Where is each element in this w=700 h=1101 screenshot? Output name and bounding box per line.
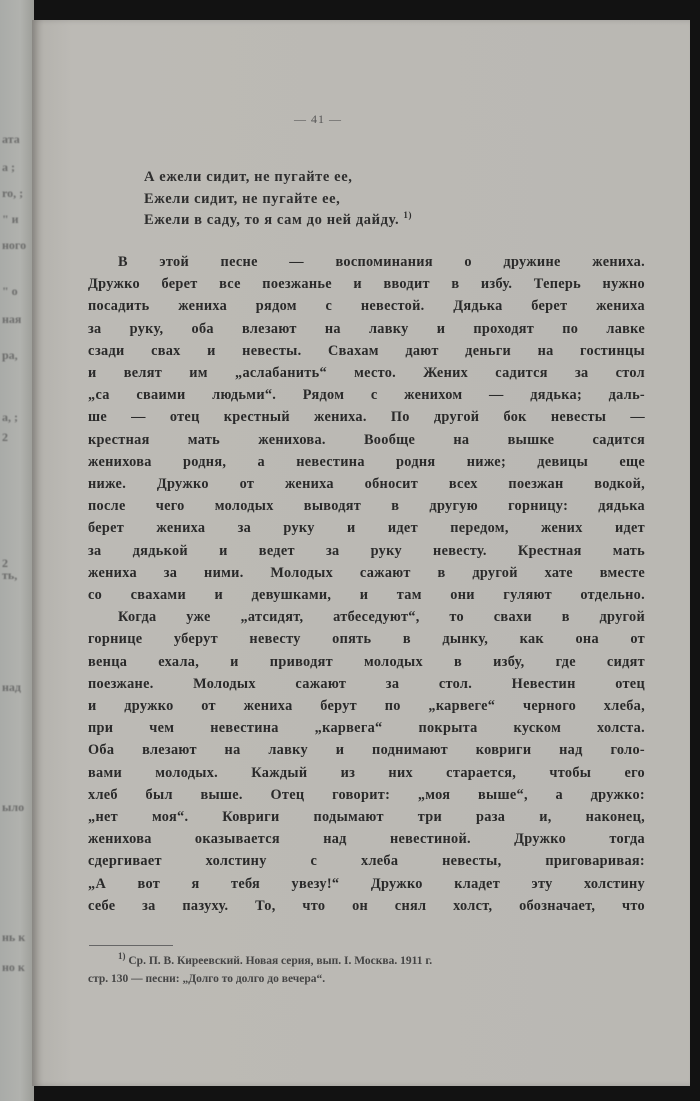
text-line: себе за пазуху. То, что он снял холст, о… bbox=[88, 895, 645, 917]
facing-page-text-fragment: ыло bbox=[2, 800, 24, 815]
facing-page-text-fragment: ная bbox=[2, 312, 21, 327]
text-line: „са сваими людьми“. Рядом с женихом — дя… bbox=[88, 384, 645, 406]
text-line: и велят им „аслабанить“ место. Жених сад… bbox=[88, 362, 645, 384]
text-line: вами молодых. Каждый из них старается, ч… bbox=[88, 762, 645, 784]
text-line: „А вот я тебя увезу!“ Дружко кладет эту … bbox=[88, 873, 645, 895]
text-line: венца ехала, и приводят молодых в избу, … bbox=[88, 651, 645, 673]
facing-page-text-fragment: а ; bbox=[2, 160, 15, 175]
text-line: Оба влезают на лавку и поднимают ковриги… bbox=[88, 739, 645, 761]
facing-page-text-fragment: ного bbox=[2, 238, 26, 253]
text-line: сдергивает холстину с хлеба невесты, при… bbox=[88, 850, 645, 872]
text-line: горнице уберут невесту опять в дынку, ка… bbox=[88, 628, 645, 650]
facing-page-text-fragment: 2 bbox=[2, 556, 8, 571]
text-line: ше — отец крестный жениха. По другой бок… bbox=[88, 406, 645, 428]
body-text: В этой песне — воспоминания о дружине же… bbox=[88, 251, 645, 917]
facing-page-text-fragment: но к bbox=[2, 960, 25, 975]
facing-page-text-fragment: ro, ; bbox=[2, 186, 23, 201]
facing-page-text-fragment: " о bbox=[2, 284, 18, 299]
facing-page-text-fragment: нь к bbox=[2, 930, 25, 945]
text-line: посадить жениха рядом с невестой. Дядька… bbox=[88, 295, 645, 317]
facing-page-text-fragment: над bbox=[2, 680, 21, 695]
text-line: со свахами и девушками, и там они гуляют… bbox=[88, 584, 645, 606]
text-line: хлеб был выше. Отец говорит: „моя выше“,… bbox=[88, 784, 645, 806]
text-line: жениха за ними. Молодых сажают в другой … bbox=[88, 562, 645, 584]
text-line: при чем невестина „карвега“ покрыта куск… bbox=[88, 717, 645, 739]
text-line: за руку, оба влезают на лавку и проходят… bbox=[88, 318, 645, 340]
book-page: — 41 — А ежели сидит, не пугайте ее, Еже… bbox=[32, 20, 690, 1086]
text-line: поезжане. Молодых сажают за стол. Невест… bbox=[88, 673, 645, 695]
text-line: В этой песне — воспоминания о дружине же… bbox=[88, 251, 645, 273]
facing-page-text-fragment: а, ; bbox=[2, 410, 18, 425]
text-line: сзади свах и невесты. Свахам дают деньги… bbox=[88, 340, 645, 362]
text-line: и дружко от жениха берут по „карвеге“ че… bbox=[88, 695, 645, 717]
facing-page-edge: ата а ; ro, ; " и ного " о ная ра, а, ; … bbox=[0, 0, 34, 1101]
paragraph: В этой песне — воспоминания о дружине же… bbox=[88, 251, 645, 606]
footnote-line: стр. 130 — песни: „Долго то долго до веч… bbox=[88, 970, 618, 988]
paragraph: Когда уже „атсидят, атбеседуют“, то свах… bbox=[88, 606, 645, 917]
text-line: берет жениха за руку и идет передом, жен… bbox=[88, 517, 645, 539]
page-number: — 41 — bbox=[268, 112, 368, 127]
verse-line: А ежели сидит, не пугайте ее, bbox=[144, 167, 412, 189]
text-line: Когда уже „атсидят, атбеседуют“, то свах… bbox=[88, 606, 645, 628]
text-line: „нет моя“. Ковриги подымают три раза и, … bbox=[88, 806, 645, 828]
text-line: за дядькой и ведет за руку невесту. Крес… bbox=[88, 540, 645, 562]
facing-page-text-fragment: ата bbox=[2, 132, 20, 147]
footnote: 1) Ср. П. В. Киреевский. Новая серия, вы… bbox=[88, 952, 618, 988]
facing-page-text-fragment: " и bbox=[2, 212, 19, 227]
footnote-divider bbox=[89, 945, 173, 946]
text-line: женихова оказывается над невестиной. Дру… bbox=[88, 828, 645, 850]
facing-page-text-fragment: ра, bbox=[2, 348, 18, 363]
text-line: после чего молодых выводят в другую горн… bbox=[88, 495, 645, 517]
song-verse: А ежели сидит, не пугайте ее, Ежели сиди… bbox=[144, 167, 412, 232]
text-line: ниже. Дружко от жениха обносит всех поез… bbox=[88, 473, 645, 495]
verse-line: Ежели в саду, то я сам до ней дайду. 1) bbox=[144, 210, 412, 232]
text-line: Дружко берет все поезжанье и вводит в из… bbox=[88, 273, 645, 295]
footnote-reference: 1) bbox=[403, 210, 412, 220]
footnote-line: 1) Ср. П. В. Киреевский. Новая серия, вы… bbox=[88, 952, 618, 970]
footnote-mark: 1) bbox=[118, 951, 126, 961]
verse-line: Ежели сидит, не пугайте ее, bbox=[144, 189, 412, 211]
text-line: крестная мать жениховa. Вообще на вышке … bbox=[88, 429, 645, 451]
text-line: женихова родня, а невестина родня ниже; … bbox=[88, 451, 645, 473]
facing-page-text-fragment: 2 bbox=[2, 430, 8, 445]
